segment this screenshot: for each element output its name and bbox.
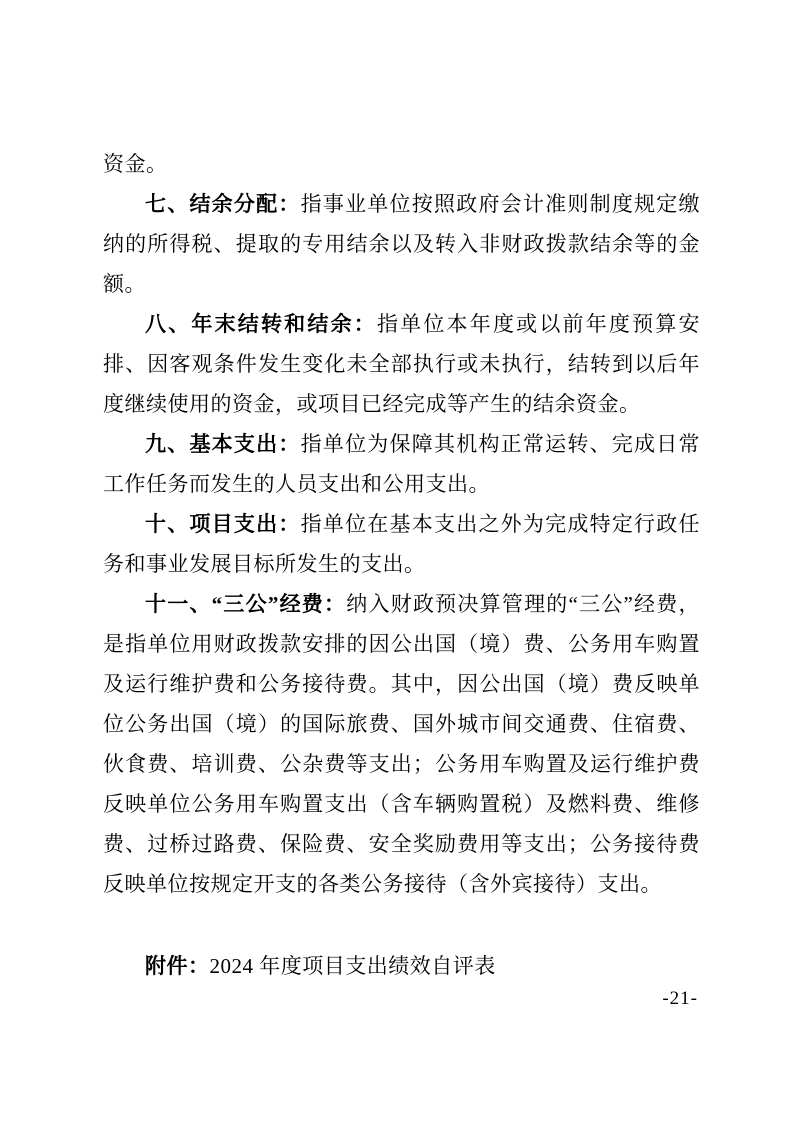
term-label: 九、基本支出： — [145, 432, 301, 456]
paragraph-term-7: 七、结余分配：指事业单位按照政府会计准则制度规定缴纳的所得税、提取的专用结余以及… — [103, 184, 700, 304]
paragraph-term-8: 八、年末结转和结余：指单位本年度或以前年度预算安排、因客观条件发生变化未全部执行… — [103, 304, 700, 424]
paragraph-text: 资金。 — [103, 152, 168, 176]
page-number: -21- — [662, 988, 698, 1010]
term-label: 十一、“三公”经费： — [145, 592, 346, 616]
term-label: 十、项目支出： — [145, 512, 301, 536]
term-label: 八、年末结转和结余： — [145, 312, 377, 336]
attachment-label: 附件： — [145, 954, 210, 978]
document-page: 资金。 七、结余分配：指事业单位按照政府会计准则制度规定缴纳的所得税、提取的专用… — [0, 0, 793, 1122]
paragraph-continuation: 资金。 — [103, 144, 700, 184]
paragraph-term-10: 十、项目支出：指单位在基本支出之外为完成特定行政任务和事业发展目标所发生的支出。 — [103, 504, 700, 584]
term-label: 七、结余分配： — [145, 192, 301, 216]
paragraph-term-9: 九、基本支出：指单位为保障其机构正常运转、完成日常工作任务而发生的人员支出和公用… — [103, 424, 700, 504]
term-definition: 纳入财政预决算管理的“三公”经费，是指单位用财政拨款安排的因公出国（境）费、公务… — [103, 592, 700, 896]
paragraph-term-11: 十一、“三公”经费：纳入财政预决算管理的“三公”经费，是指单位用财政拨款安排的因… — [103, 584, 700, 904]
attachment-title: 2024 年度项目支出绩效自评表 — [210, 954, 496, 978]
attachment-line: 附件：2024 年度项目支出绩效自评表 — [103, 946, 700, 986]
document-body: 资金。 七、结余分配：指事业单位按照政府会计准则制度规定缴纳的所得税、提取的专用… — [103, 144, 700, 986]
